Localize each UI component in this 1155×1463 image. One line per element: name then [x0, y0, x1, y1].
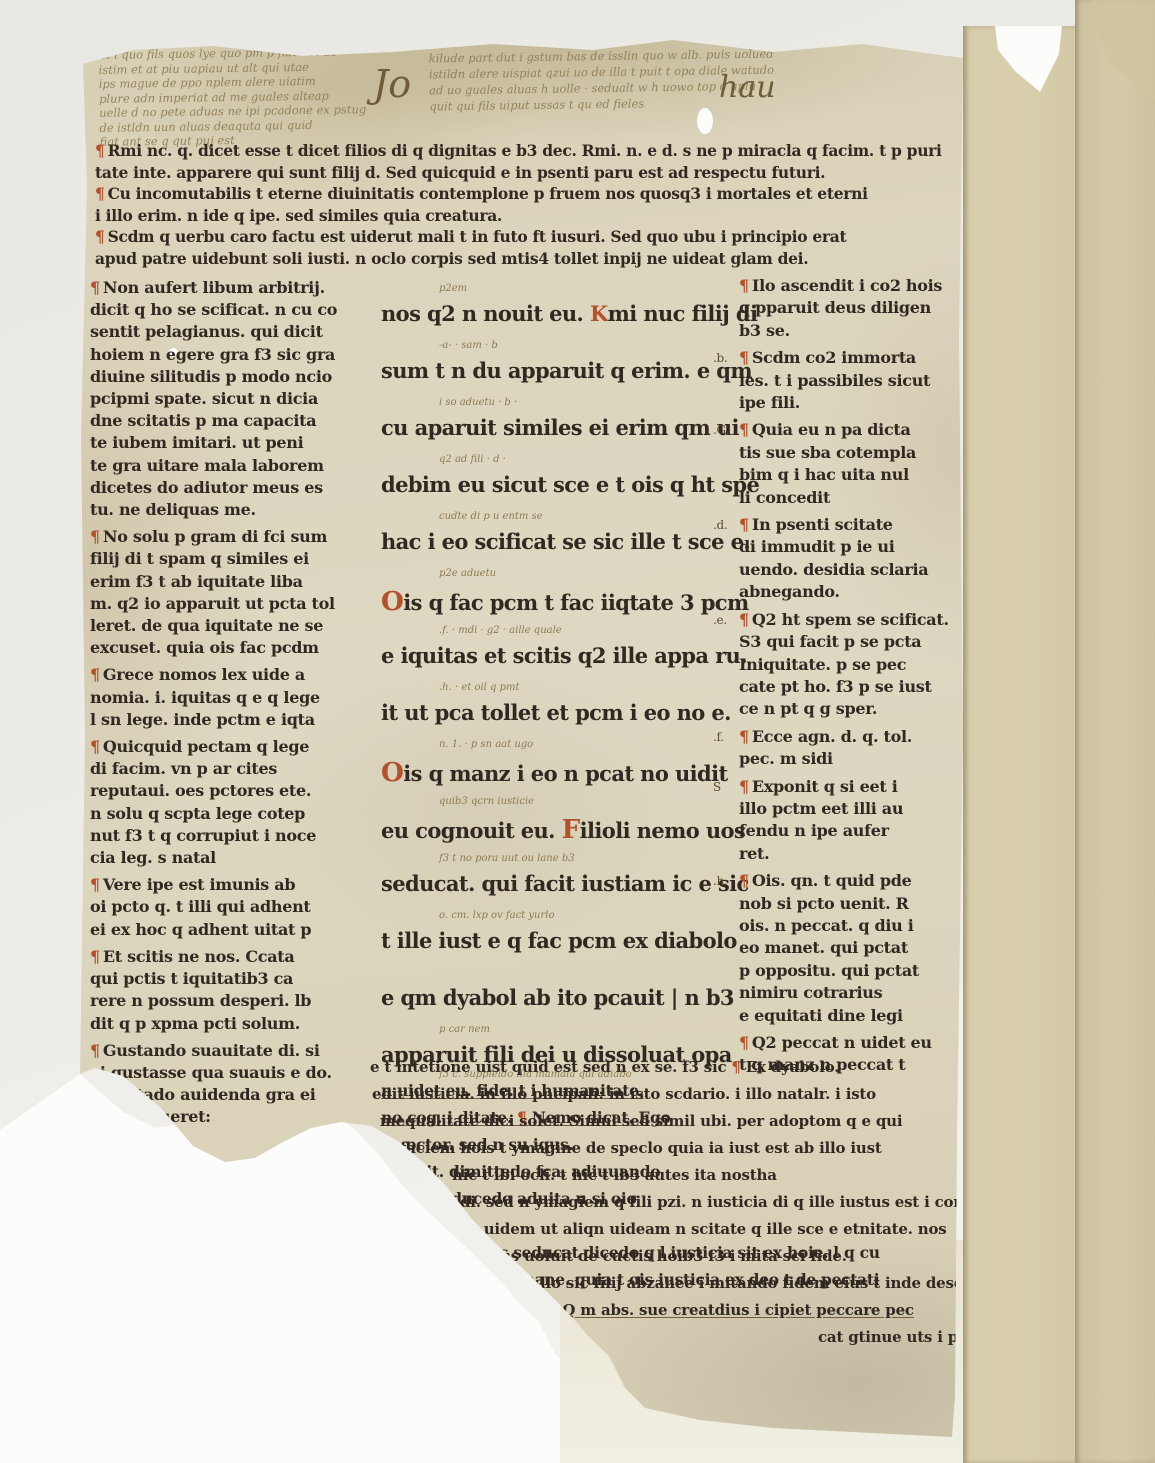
- text-line: ¶Q2 ht spem se scificat.: [739, 609, 969, 631]
- text-line: apud patre uidebunt soli iusti. n oclo c…: [95, 248, 960, 270]
- gutter-letter-mark: .h.: [713, 870, 727, 892]
- commentary-paragraph: .G.¶Quia eu n pa dictatis sue sba cotemp…: [739, 419, 969, 509]
- text-line: b3 se.: [739, 320, 969, 342]
- gutter-letter-mark: .b.: [713, 347, 727, 369]
- gutter-letter-mark: .d.: [713, 514, 727, 536]
- text-line: pcipmi spate. sicut n dicia: [90, 388, 390, 410]
- text-line: Iniquitate. p se pec: [739, 654, 969, 676]
- text-line: ¶Exponit q si eet i: [739, 776, 969, 798]
- top-margin-annotations-left: ut i quo fils quos lye quo pm p fiat not…: [98, 44, 366, 149]
- text-line: t ille iust e q fac pcm ex diaboloo. cm.…: [381, 903, 759, 960]
- text-line: te iubem imitari. ut peni: [90, 432, 390, 454]
- interlinear-gloss: p2e aduetu: [439, 568, 496, 579]
- gutter-letter-mark: .G.: [713, 419, 729, 441]
- rubric-pilcrow: ¶: [739, 348, 749, 367]
- text-line: rere n possum desperi. lb: [90, 990, 390, 1012]
- rubric-pilcrow: ¶: [90, 875, 100, 894]
- text-line: llo sic filij abzahee i mitando fidem ei…: [540, 1270, 978, 1297]
- commentary-paragraph: S¶Exponit q si eet iillo pctm eet illi a…: [739, 776, 969, 866]
- text-line: illo pctm eet illi au: [739, 798, 969, 820]
- rubric-pilcrow: ¶: [739, 727, 749, 746]
- rubric-pilcrow: ¶: [739, 777, 749, 796]
- text-line: m. q2 io apparuit ut pcta tol: [90, 593, 390, 615]
- rubric-pilcrow: ¶: [95, 184, 105, 203]
- text-line: eo manet. qui pctat: [739, 937, 969, 959]
- text-line: ¶In psenti scitate: [739, 514, 969, 536]
- text-line: ¶Scdm co2 immorta: [739, 347, 969, 369]
- paper-stack-leaf-1: [963, 26, 1083, 1463]
- commentary-paragraph: .h.¶Ois. qn. t quid pdenob si pcto uenit…: [739, 870, 969, 1027]
- rubric-pilcrow: ¶: [739, 871, 749, 890]
- text-line: i illo erim. n ide q ipe. sed similes qu…: [95, 205, 960, 227]
- text-line: cia leg. s natal: [90, 847, 390, 869]
- text-line: cate pt ho. f3 p se iust: [739, 676, 969, 698]
- text-line: ei ex hoc q adhent uitat p: [90, 919, 390, 941]
- left-commentary-column: ¶Non aufert libum arbitrij.dicit q ho se…: [90, 272, 390, 1178]
- text-line: nut f3 t q corrupiut i noce: [90, 825, 390, 847]
- paper-stack-leaf-2: [1075, 0, 1155, 1463]
- text-line: ¶Ois. qn. t quid pde: [739, 870, 969, 892]
- text-line: ¶Quicquid pectam q lege: [90, 736, 390, 758]
- text-line: cat gtinue uts i psenti: [818, 1324, 978, 1351]
- text-line: Ois q manz i eo n pcat no uiditn. 1. · p…: [381, 732, 759, 789]
- text-line: nos q2 n nouit eu. Kmi nuc filij dip2em: [381, 276, 759, 333]
- headnote-block: ¶Rmi nc. q. dicet esse t dicet filios di…: [95, 140, 960, 269]
- commentary-paragraph: .e.¶Q2 ht spem se scificat.S3 qui facit …: [739, 609, 969, 721]
- text-line: ¶No solu p gram di fci sum: [90, 526, 390, 548]
- text-line: e qm dyabol ab ito pcauit | n b3: [381, 960, 759, 1017]
- text-line: uendo. desidia sclaria: [739, 559, 969, 581]
- text-line: nimiru cotrarius: [739, 982, 969, 1004]
- parchment-hole: [697, 108, 713, 134]
- commentary-paragraph: ¶Et scitis ne nos. Ccataqui pctis t iqui…: [90, 946, 390, 1035]
- rubric-initial: F: [562, 814, 580, 845]
- text-line: n uidem ut aliqn uideam n scitate q ille…: [468, 1216, 978, 1243]
- text-line: ois. n peccat. q diu i: [739, 915, 969, 937]
- text-line: ¶Scdm q uerbu caro factu est uiderut mal…: [95, 226, 960, 248]
- text-line: faciem hois t ymagine de speclo quia ia …: [400, 1135, 978, 1162]
- text-line: sentit pelagianus. qui dicit: [90, 321, 390, 343]
- text-line: abnegando.: [739, 581, 969, 603]
- commentary-paragraph: ¶Quicquid pectam q legedi facim. vn p ar…: [90, 736, 390, 869]
- text-line: qui pctis t iquitatib3 ca: [90, 968, 390, 990]
- rubric-pilcrow: ¶: [95, 141, 105, 160]
- gutter-letter-mark: S: [713, 776, 721, 798]
- text-line: p oppositu. qui pctat: [739, 960, 969, 982]
- text-line: tate inte. apparere qui sunt filij d. Se…: [95, 162, 960, 184]
- text-line: tu. ne deliquas me.: [90, 499, 390, 521]
- margin-annotation-initial: Jo: [373, 62, 411, 106]
- interlinear-gloss: f3 t no pora uut ou lane b3: [439, 853, 575, 864]
- rubric-pilcrow: ¶: [90, 278, 100, 297]
- interlinear-gloss: .f. · mdi · g2 · aille quale: [439, 625, 562, 636]
- text-line: tis sue sba cotempla: [739, 442, 969, 464]
- text-line: nomia. i. iquitas q e q lege: [90, 687, 390, 709]
- interlinear-gloss: -a- · sam · b: [439, 340, 498, 351]
- text-line: fendu n ipe aufer: [739, 820, 969, 842]
- rubric-initial: ¶: [731, 1058, 745, 1076]
- text-line: q pparuit deus diligen: [739, 297, 969, 319]
- text-line: dicit q ho se scificat. n cu co: [90, 299, 390, 321]
- text-line: edit iusticia. in illo pncipali: in isto…: [372, 1081, 978, 1108]
- commentary-paragraph: ¶No solu p gram di fci sumfilij di t spa…: [90, 526, 390, 659]
- rubric-pilcrow: ¶: [90, 665, 100, 684]
- text-line: les. t i passibiles sicut: [739, 370, 969, 392]
- rubric-pilcrow: ¶: [90, 527, 100, 546]
- rubric-pilcrow: ¶: [95, 227, 105, 246]
- rubric-initial: O: [381, 586, 403, 617]
- text-line: leret. de qua iquitate ne se: [90, 615, 390, 637]
- text-line: e t intetione uist quid est sed n ex se.…: [370, 1054, 978, 1081]
- text-line: cu aparuit similes ei erim qm uii so adu…: [381, 390, 759, 447]
- rubric-initial: O: [381, 757, 403, 788]
- text-line: hic t ibi ocli. t hic t ib3 autes ita no…: [452, 1162, 978, 1189]
- text-line: eu cognouit eu. Filioli nemo uosquib3 qc…: [381, 789, 759, 846]
- text-line: us uoluit de cuctis hoib3 f3 i mita sci …: [500, 1243, 978, 1270]
- commentary-paragraph: ¶Ilo ascendit i co2 hoisq pparuit deus d…: [739, 275, 969, 342]
- right-commentary-column: ¶Ilo ascendit i co2 hoisq pparuit deus d…: [739, 270, 969, 1077]
- text-line: reputaui. oes pctores ete.: [90, 780, 390, 802]
- text-line: seducat. qui facit iustiam ic e sicf3 t …: [381, 846, 759, 903]
- text-line: debim eu sicut sce e t ois q ht speq2 ad…: [381, 447, 759, 504]
- commentary-paragraph: ¶Grece nomos lex uide anomia. i. iquitas…: [90, 664, 390, 731]
- text-line: ¶Ilo ascendit i co2 hois: [739, 275, 969, 297]
- text-line: di immudit p ie ui: [739, 536, 969, 558]
- text-line: l sn lege. inde pctm e iqta: [90, 709, 390, 731]
- text-line: Ois q fac pcm t fac iiqtate 3 pcmp2e adu…: [381, 561, 759, 618]
- text-line: ¶Ecce agn. d. q. tol.: [739, 726, 969, 748]
- text-line: ¶ Q m abs. sue creatdius i cipiet peccar…: [548, 1297, 978, 1324]
- text-line: ¶Non aufert libum arbitrij.: [90, 277, 390, 299]
- text-line: mequalitate dici solet. Simul sed simil …: [380, 1108, 978, 1135]
- text-line: diuine silitudis p modo ncio: [90, 366, 390, 388]
- margin-annotation-initial: hau: [719, 70, 776, 105]
- interlinear-gloss: cudte di p u entm se: [439, 511, 543, 522]
- interlinear-gloss: p car nem: [439, 1024, 490, 1035]
- rubric-pilcrow: ¶: [739, 515, 749, 534]
- commentary-paragraph: .d.¶In psenti scitatedi immudit p ie uiu…: [739, 514, 969, 604]
- rubric-pilcrow: ¶: [739, 610, 749, 629]
- gutter-letter-mark: .f.: [713, 726, 724, 748]
- text-line: dne scitatis p ma capacita: [90, 410, 390, 432]
- text-line: ¶Quia eu n pa dicta: [739, 419, 969, 441]
- rubric-pilcrow: ¶: [739, 276, 749, 295]
- text-line: ce n pt q g sper.: [739, 698, 969, 720]
- rubric-pilcrow: ¶: [739, 420, 749, 439]
- text-line: oi pcto q. t illi qui adhent: [90, 896, 390, 918]
- commentary-paragraph: .f.¶Ecce agn. d. q. tol.pec. m sidi: [739, 726, 969, 771]
- interlinear-gloss: .h. · et oil q pmt: [439, 682, 520, 693]
- rubric-pilcrow: ¶: [90, 1041, 100, 1060]
- interlinear-gloss: p2em: [439, 283, 467, 294]
- rubric-initial: K: [590, 301, 608, 326]
- text-line: n solu q scpta lege cotep: [90, 803, 390, 825]
- text-line: te gra uitare mala laborem: [90, 455, 390, 477]
- rubric-pilcrow: ¶: [90, 737, 100, 756]
- text-line: li concedit: [739, 487, 969, 509]
- text-line: di facim. vn p ar cites: [90, 758, 390, 780]
- text-line: ipe fili.: [739, 392, 969, 414]
- interlinear-gloss: n. 1. · p sn aat ugo: [439, 739, 533, 750]
- text-line: e equitati dine legi: [739, 1005, 969, 1027]
- text-line: bim q i hac uita nul: [739, 464, 969, 486]
- rubric-pilcrow: ¶: [90, 947, 100, 966]
- text-line: S3 qui facit p se pcta: [739, 631, 969, 653]
- text-line: e iquitas et scitis q2 ille appa ru..f. …: [381, 618, 759, 675]
- text-line: hoiem n egere gra f3 sic gra: [90, 344, 390, 366]
- text-line: hac i eo scificat se sic ille t sce e.cu…: [381, 504, 759, 561]
- text-line: ¶Et scitis ne nos. Ccata: [90, 946, 390, 968]
- text-line: ¶Cu incomutabilis t eterne diuinitatis c…: [95, 183, 960, 205]
- text-line: ¶Q2 peccat n uidet eu: [739, 1032, 969, 1054]
- text-line: sum t n du apparuit q erim. e qm-a- · sa…: [381, 333, 759, 390]
- text-line: ¶Grece nomos lex uide a: [90, 664, 390, 686]
- text-line: excuset. quia ois fac pcdm: [90, 637, 390, 659]
- gutter-letter-mark: .e.: [713, 609, 727, 631]
- text-line: dicetes do adiutor meus es: [90, 477, 390, 499]
- interlinear-gloss: q2 ad fili · d ·: [439, 454, 506, 465]
- commentary-paragraph: ¶Vere ipe est imunis aboi pcto q. t illi…: [90, 874, 390, 941]
- rubric-pilcrow: ¶: [739, 1033, 749, 1052]
- text-line: it ut pca tollet et pcm i eo no e..h. · …: [381, 675, 759, 732]
- text-line: erim f3 t ab iquitate liba: [90, 571, 390, 593]
- text-line: ret.: [739, 843, 969, 865]
- commentary-paragraph: .b.¶Scdm co2 immortales. t i passibiles …: [739, 347, 969, 414]
- text-line: ¶Rmi nc. q. dicet esse t dicet filios di…: [95, 140, 960, 162]
- scan-background: ut i quo fils quos lye quo pm p fiat not…: [0, 0, 1155, 1463]
- text-line: nob si pcto uenit. R: [739, 893, 969, 915]
- text-line: ¶Vere ipe est imunis ab: [90, 874, 390, 896]
- interlinear-gloss: i so aduetu · b ·: [439, 397, 517, 408]
- interlinear-gloss: quib3 qcrn iusticie: [439, 796, 534, 807]
- interlinear-gloss: o. cm. lxp ov fact yurlo: [439, 910, 554, 921]
- text-line: dit q p xpma pcti solum.: [90, 1013, 390, 1035]
- commentary-paragraph: ¶Non aufert libum arbitrij.dicit q ho se…: [90, 277, 390, 521]
- text-line: filij di t spam q similes ei: [90, 548, 390, 570]
- text-line: pec. m sidi: [739, 748, 969, 770]
- text-line: di. sed n ymagiem q fili pzi. n iusticia…: [460, 1189, 978, 1216]
